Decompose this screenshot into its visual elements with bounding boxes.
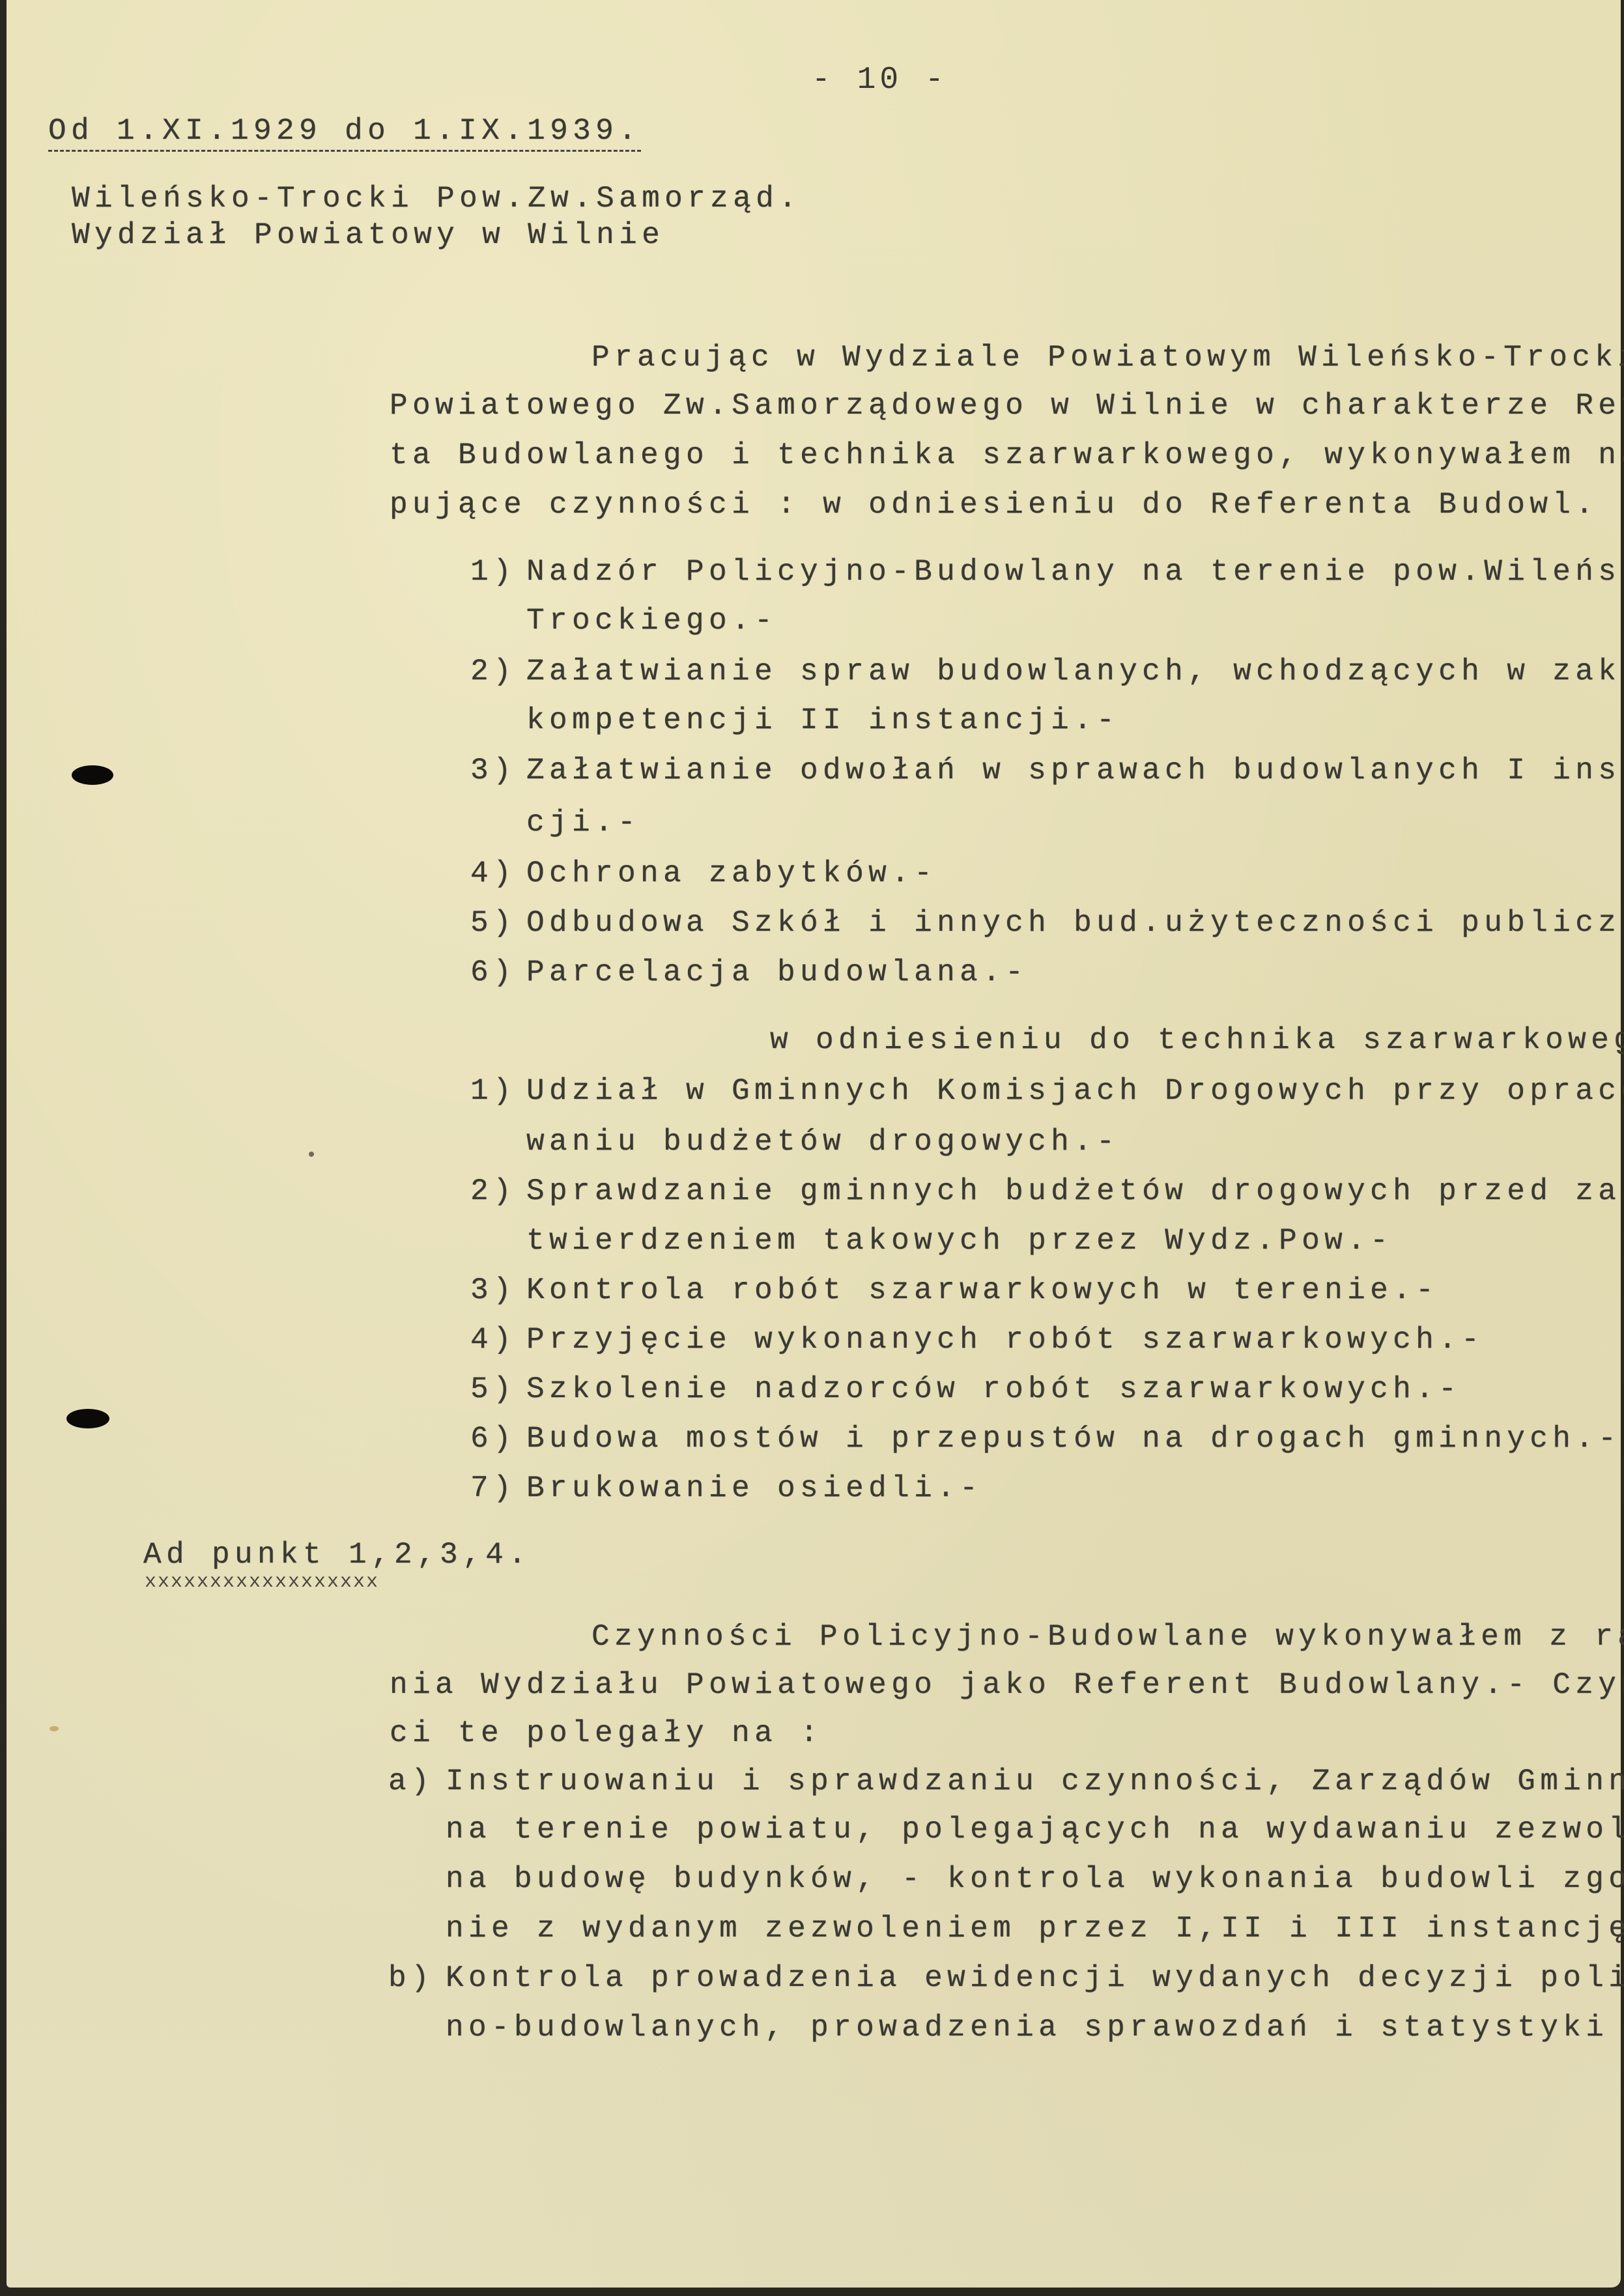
page-number: - 10 - — [812, 63, 948, 98]
intro-paragraph-line: ta Budowlanego i technika szarwarkowego,… — [390, 440, 1624, 470]
employer-line: Wileńsko-Trocki Pow.Zw.Samorząd. — [72, 184, 801, 214]
paper-speck — [309, 1152, 314, 1157]
list-item-number: 5) — [470, 1374, 516, 1404]
list-item-number: 4) — [470, 1325, 516, 1355]
list-item-text: Budowa mostów i przepustów na drogach gm… — [526, 1424, 1621, 1454]
technik-heading: w odniesieniu do technika szarwarkowego: — [770, 1025, 1624, 1055]
list-item-number: 6) — [470, 1424, 516, 1454]
list-item-number: 4) — [470, 858, 516, 888]
list-item-letter: a) — [388, 1766, 434, 1796]
list-item-text: no-budowlanych, prowadzenia sprawozdań i… — [446, 2013, 1624, 2043]
binder-hole-icon — [66, 1409, 109, 1428]
list-item-number: 2) — [470, 1176, 516, 1206]
paper-speck — [50, 1726, 59, 1731]
list-item-text: kompetencji II instancji.- — [526, 705, 1119, 735]
list-item-text: Przyjęcie wykonanych robót szarwarkowych… — [526, 1325, 1484, 1355]
list-item-text: Parcelacja budowlana.- — [526, 957, 1028, 987]
ad-punkt-underline: xxxxxxxxxxxxxxxxxx — [145, 1571, 379, 1593]
list-item-text: Trockiego.- — [526, 606, 777, 636]
list-item-text: Załatwianie spraw budowlanych, wchodzący… — [526, 657, 1624, 687]
list-item-text: Kontrola prowadzenia ewidencji wydanych … — [446, 1963, 1624, 1993]
list-item-number: 3) — [470, 756, 516, 786]
list-item-text: nie z wydanym zezwoleniem przez I,II i I… — [446, 1914, 1624, 1944]
intro-paragraph-line: Powiatowego Zw.Samorządowego w Wilnie w … — [390, 391, 1624, 421]
list-item-number: 5) — [470, 908, 516, 938]
list-item-text: na terenie powiatu, polegających na wyda… — [446, 1815, 1624, 1845]
list-item-number: 2) — [470, 657, 516, 687]
list-item-text: Szkolenie nadzorców robót szarwarkowych.… — [526, 1374, 1461, 1404]
ad-punkt-paragraph-line: Czynności Policyjno-Budowlane wykonywałe… — [591, 1622, 1624, 1652]
list-item-number: 3) — [470, 1275, 516, 1305]
list-item-number: 6) — [470, 957, 516, 987]
list-item-number: 1) — [470, 1076, 516, 1106]
list-item-text: twierdzeniem takowych przez Wydz.Pow.- — [526, 1226, 1393, 1256]
list-item-text: Udział w Gminnych Komisjach Drogowych pr… — [526, 1076, 1624, 1106]
binder-hole-icon — [72, 765, 113, 785]
document-page: - 10 - Od 1.XI.1929 do 1.IX.1939. Wileńs… — [7, 0, 1621, 2288]
list-item-text: waniu budżetów drogowych.- — [526, 1127, 1119, 1157]
list-item-number: 1) — [470, 557, 516, 587]
list-item-text: na budowę budynków, - kontrola wykonania… — [446, 1864, 1624, 1894]
list-item-number: 7) — [470, 1473, 516, 1503]
list-item-text: Załatwianie odwołań w sprawach budowlany… — [526, 756, 1624, 786]
ad-punkt-paragraph-line: ci te polegały na : — [390, 1718, 823, 1748]
list-item-text: Ochrona zabytków.- — [526, 858, 937, 888]
list-item-text: Sprawdzanie gminnych budżetów drogowych … — [526, 1176, 1624, 1206]
list-item-text: Kontrola robót szarwarkowych w terenie.- — [526, 1275, 1438, 1305]
list-item-text: cji.- — [526, 808, 640, 838]
list-item-letter: b) — [388, 1963, 434, 1993]
list-item-text: Brukowanie osiedli.- — [526, 1473, 982, 1503]
employer-line: Wydział Powiatowy w Wilnie — [72, 220, 664, 250]
list-item-text: Odbudowa Szkół i innych bud.użyteczności… — [526, 908, 1624, 938]
list-item-text: Nadzór Policyjno-Budowlany na terenie po… — [526, 557, 1624, 587]
period-heading: Od 1.XI.1929 do 1.IX.1939. — [48, 116, 641, 152]
ad-punkt-heading: Ad punkt 1,2,3,4. — [143, 1540, 531, 1570]
intro-paragraph-line: Pracując w Wydziale Powiatowym Wileńsko-… — [591, 343, 1624, 373]
intro-paragraph-line: pujące czynności : w odniesieniu do Refe… — [390, 490, 1624, 520]
ad-punkt-paragraph-line: nia Wydziału Powiatowego jako Referent B… — [390, 1670, 1624, 1700]
list-item-text: Instruowaniu i sprawdzaniu czynności, Za… — [446, 1766, 1624, 1796]
